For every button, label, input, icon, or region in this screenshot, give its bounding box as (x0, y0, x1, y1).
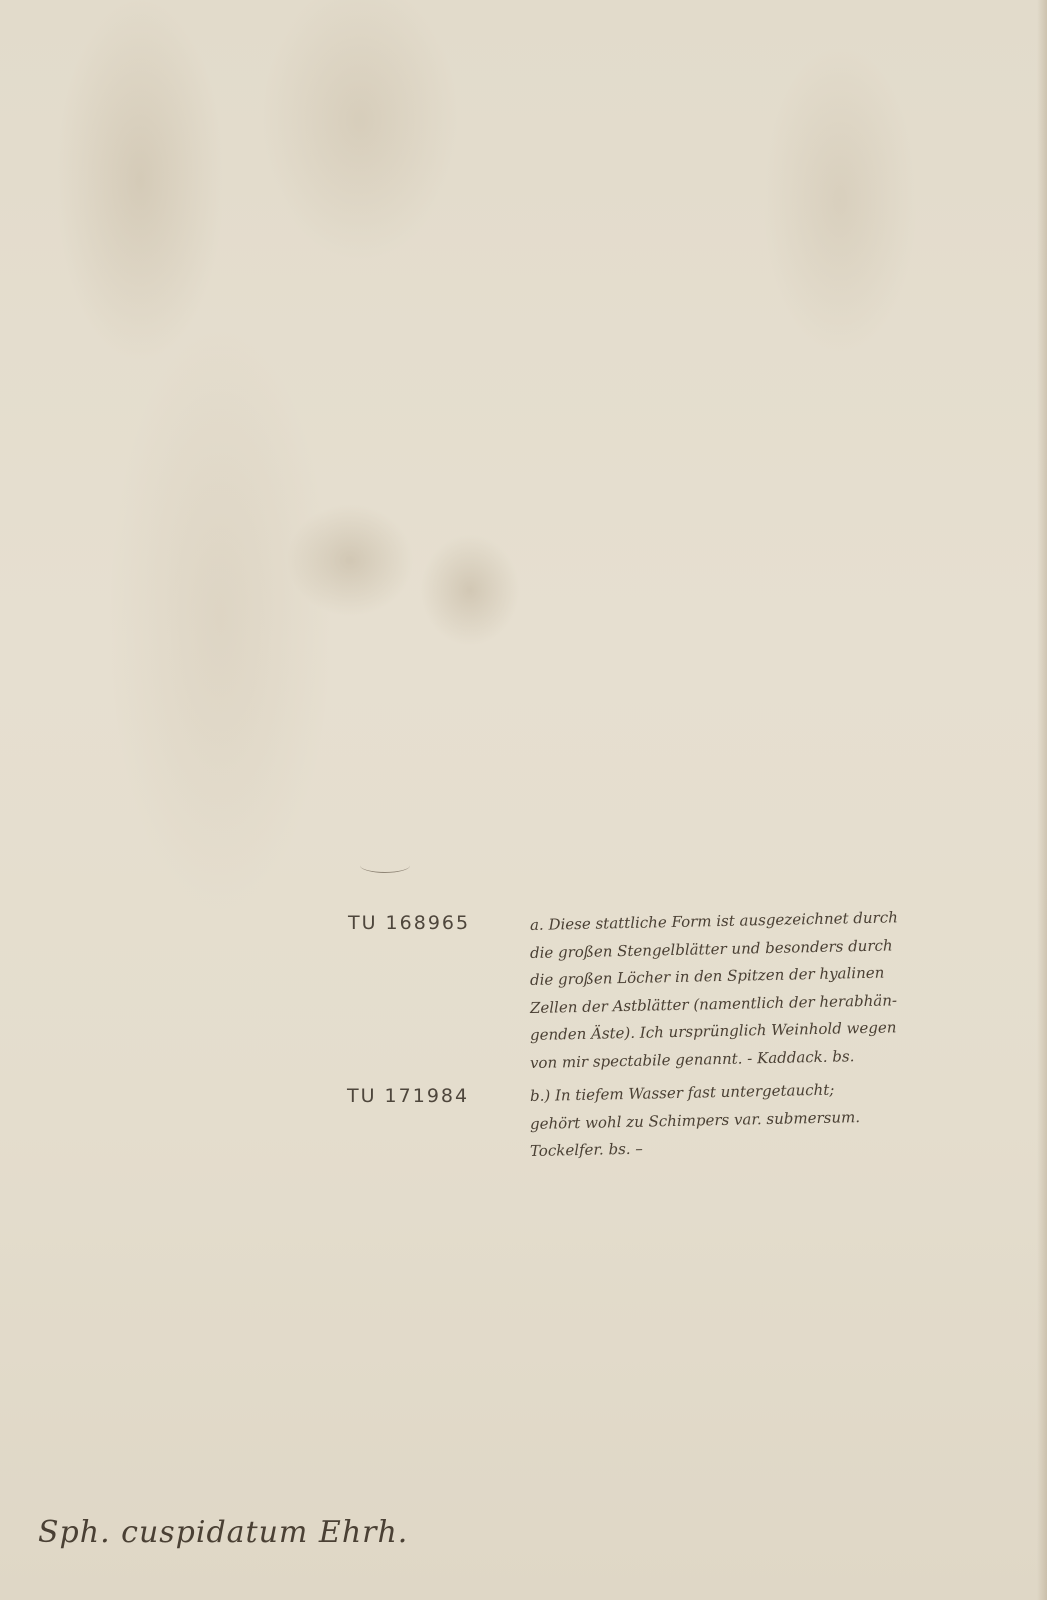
paper-sheet (0, 0, 1047, 1600)
note-b: b.) In tiefem Wasser fast untergetaucht;… (530, 1083, 1030, 1166)
pencil-arc-mark (360, 858, 410, 873)
catalog-number-b: TU 171984 (347, 1085, 469, 1107)
catalog-number-a: TU 168965 (348, 912, 470, 934)
sheet-edge-shadow (1037, 0, 1047, 1600)
species-label: Sph. cuspidatum Ehrh. (38, 1515, 408, 1550)
note-a: a. Diese stattliche Form ist ausgezeichn… (530, 912, 1030, 1077)
